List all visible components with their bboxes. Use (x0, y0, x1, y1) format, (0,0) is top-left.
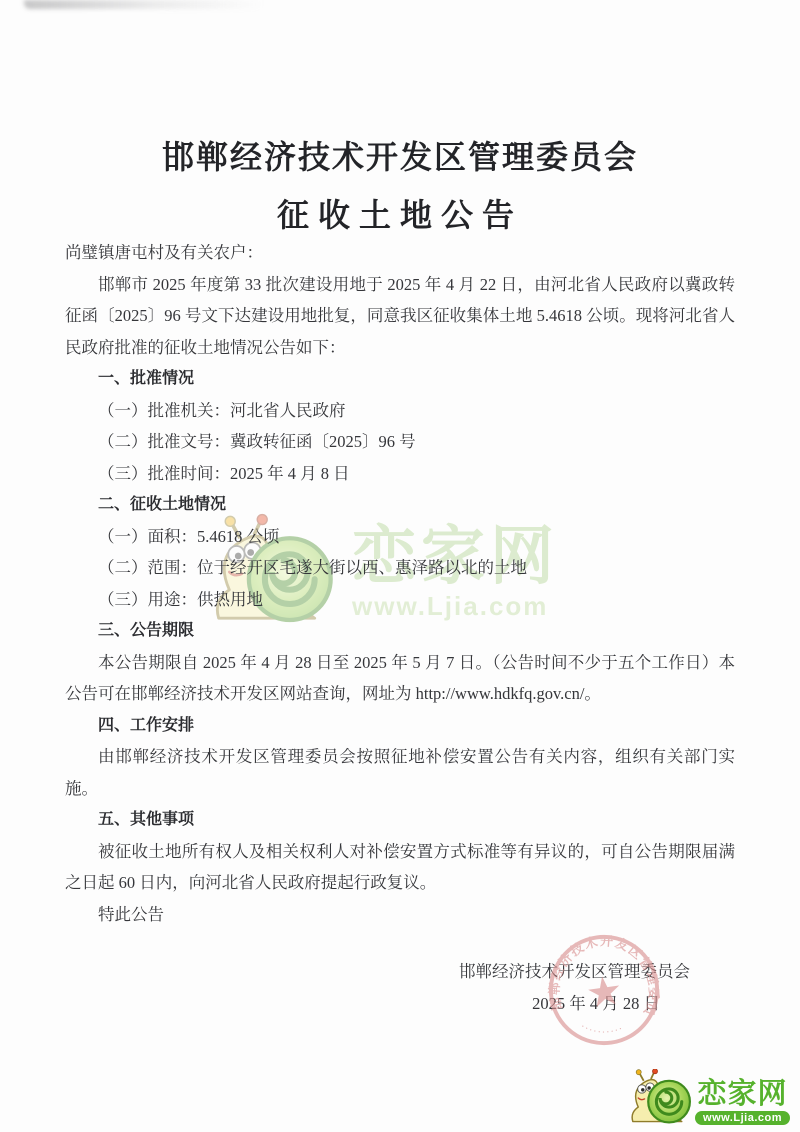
site-logo-url-badge: www.Ljia.com (695, 1111, 790, 1125)
section-3-paragraph: 本公告期限自 2025 年 4 月 28 日至 2025 年 5 月 7 日。（… (65, 647, 735, 710)
section-2-heading: 二、征收土地情况 (65, 489, 735, 521)
scanned-announcement-page: 恋家网 www.Ljia.com 邯郸经济技术开发区管理委员会 征收土地公告 尚… (0, 0, 800, 1132)
site-logo-brand-text: 恋家网 (698, 1079, 788, 1109)
document-title-type: 征收土地公告 (65, 193, 735, 237)
signature-block: 邯郸经济技术开发区管理委员会 2025 年 4 月 28 日 (65, 956, 735, 1019)
section-5-paragraph: 被征收土地所有权人及相关权利人对补偿安置方式标准等有异议的，可自公告期限届满之日… (65, 836, 735, 899)
section-2-item-1: （一）面积：5.4618 公顷 (65, 521, 735, 553)
closing-line: 特此公告 (65, 899, 735, 931)
seal-bottom-marks: · · · · · · · · · · (578, 1017, 623, 1041)
section-1-item-1: （一）批准机关：河北省人民政府 (65, 395, 735, 427)
svg-text:· · · · · · · · · ·: · · · · · · · · · · (578, 1017, 623, 1041)
section-1-heading: 一、批准情况 (65, 363, 735, 395)
section-4-heading: 四、工作安排 (65, 710, 735, 742)
section-1-item-3: （三）批准时间：2025 年 4 月 8 日 (65, 458, 735, 490)
signature-date: 2025 年 4 月 28 日 (65, 988, 735, 1020)
section-2-item-2: （二）范围：位于经开区毛遂大街以西、惠泽路以北的土地 (65, 552, 735, 584)
document-title-org: 邯郸经济技术开发区管理委员会 (65, 135, 735, 179)
signature-org: 邯郸经济技术开发区管理委员会 (65, 956, 735, 988)
site-logo: 恋家网 www.Ljia.com (627, 1069, 790, 1127)
section-4-paragraph: 由邯郸经济技术开发区管理委员会按照征地补偿安置公告有关内容，组织有关部门实施。 (65, 741, 735, 804)
site-logo-snail-icon (627, 1069, 693, 1127)
section-1-item-2: （二）批准文号：冀政转征函〔2025〕96 号 (65, 426, 735, 458)
salutation-line: 尚璧镇唐屯村及有关农户： (65, 237, 735, 269)
section-3-heading: 三、公告期限 (65, 615, 735, 647)
document-content: 邯郸经济技术开发区管理委员会 征收土地公告 尚璧镇唐屯村及有关农户： 邯郸市 2… (65, 0, 735, 1019)
site-logo-text: 恋家网 www.Ljia.com (695, 1079, 790, 1127)
section-5-heading: 五、其他事项 (65, 804, 735, 836)
section-2-item-3: （三）用途：供热用地 (65, 584, 735, 616)
intro-paragraph: 邯郸市 2025 年度第 33 批次建设用地于 2025 年 4 月 22 日，… (65, 269, 735, 364)
